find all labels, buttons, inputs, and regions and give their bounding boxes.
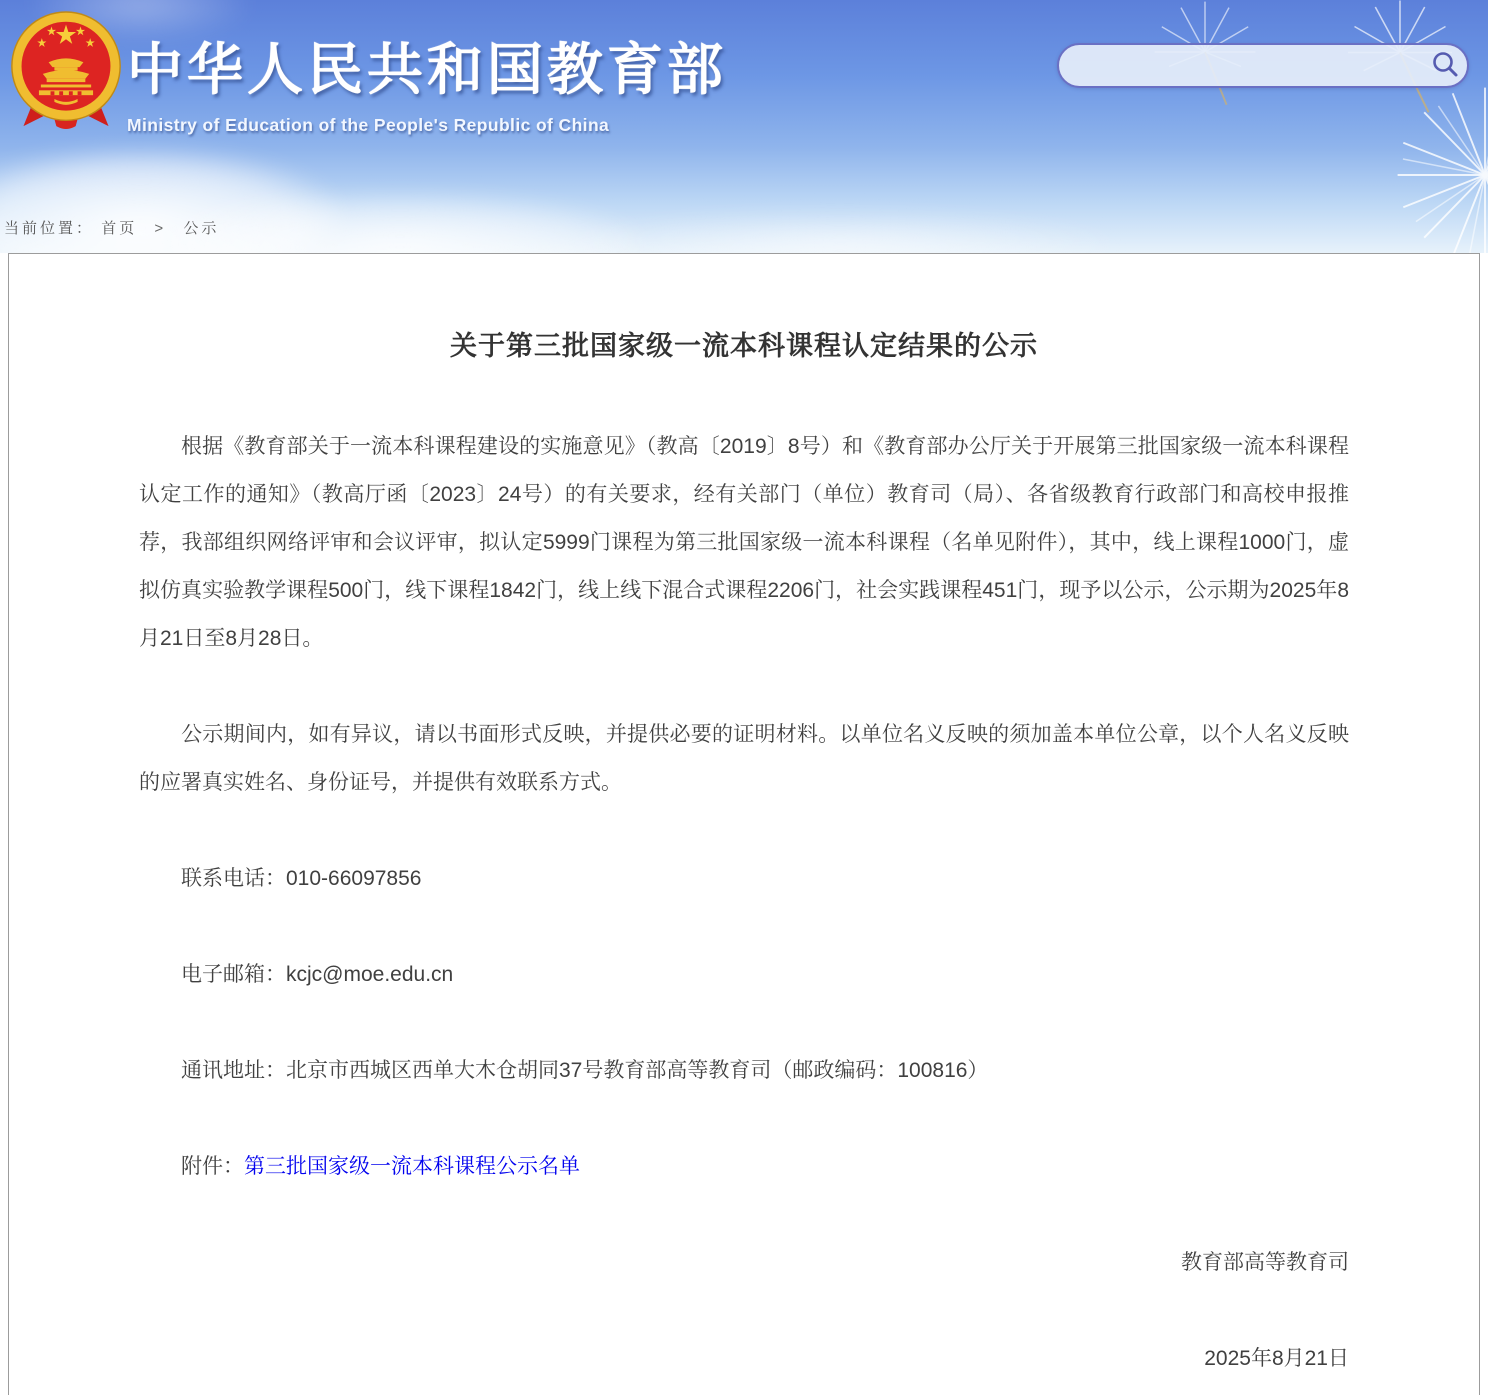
site-brand[interactable]: 中华人民共和国教育部 Ministry of Education of the … xyxy=(127,26,727,136)
search-icon xyxy=(1430,49,1460,82)
attachment-label: 附件： xyxy=(181,1155,244,1178)
search-button[interactable] xyxy=(1423,45,1467,86)
page: 中华人民共和国教育部 Ministry of Education of the … xyxy=(0,0,1488,1395)
contact-phone: 联系电话：010-66097856 xyxy=(139,855,1349,903)
search-box xyxy=(1057,43,1469,88)
search-input[interactable] xyxy=(1059,45,1423,86)
attachment-link[interactable]: 第三批国家级一流本科课程公示名单 xyxy=(244,1155,580,1178)
dandelion-icon xyxy=(1390,80,1488,253)
breadcrumb-separator: > xyxy=(154,220,166,237)
paragraph-objection: 公示期间内，如有异议，请以书面形式反映，并提供必要的证明材料。以单位名义反映的须… xyxy=(139,711,1349,807)
site-title: 中华人民共和国教育部 xyxy=(127,26,727,106)
breadcrumb-current[interactable]: 公示 xyxy=(183,220,219,237)
site-header: 中华人民共和国教育部 Ministry of Education of the … xyxy=(0,0,1488,253)
content-box: 关于第三批国家级一流本科课程认定结果的公示 根据《教育部关于一流本科课程建设的实… xyxy=(8,253,1480,1395)
page-title: 关于第三批国家级一流本科课程认定结果的公示 xyxy=(139,324,1349,363)
signature-date: 2025年8月21日 xyxy=(139,1335,1349,1383)
article-body: 根据《教育部关于一流本科课程建设的实施意见》（教高〔2019〕8号）和《教育部办… xyxy=(139,423,1349,1383)
breadcrumb-home[interactable]: 首页 xyxy=(101,220,137,237)
signature-department: 教育部高等教育司 xyxy=(139,1239,1349,1287)
site-subtitle: Ministry of Education of the People's Re… xyxy=(127,115,727,136)
attachment-line: 附件：第三批国家级一流本科课程公示名单 xyxy=(139,1143,1349,1191)
national-emblem-icon[interactable] xyxy=(8,8,124,134)
contact-email: 电子邮箱：kcjc@moe.edu.cn xyxy=(139,951,1349,999)
paragraph-intro: 根据《教育部关于一流本科课程建设的实施意见》（教高〔2019〕8号）和《教育部办… xyxy=(139,423,1349,663)
cloud-decoration xyxy=(560,212,1120,253)
contact-address: 通讯地址：北京市西城区西单大木仓胡同37号教育部高等教育司（邮政编码：10081… xyxy=(139,1047,1349,1095)
breadcrumb-label: 当前位置： xyxy=(4,220,94,237)
cloud-decoration xyxy=(160,195,640,253)
breadcrumb: 当前位置： 首页 > 公示 xyxy=(4,217,219,238)
